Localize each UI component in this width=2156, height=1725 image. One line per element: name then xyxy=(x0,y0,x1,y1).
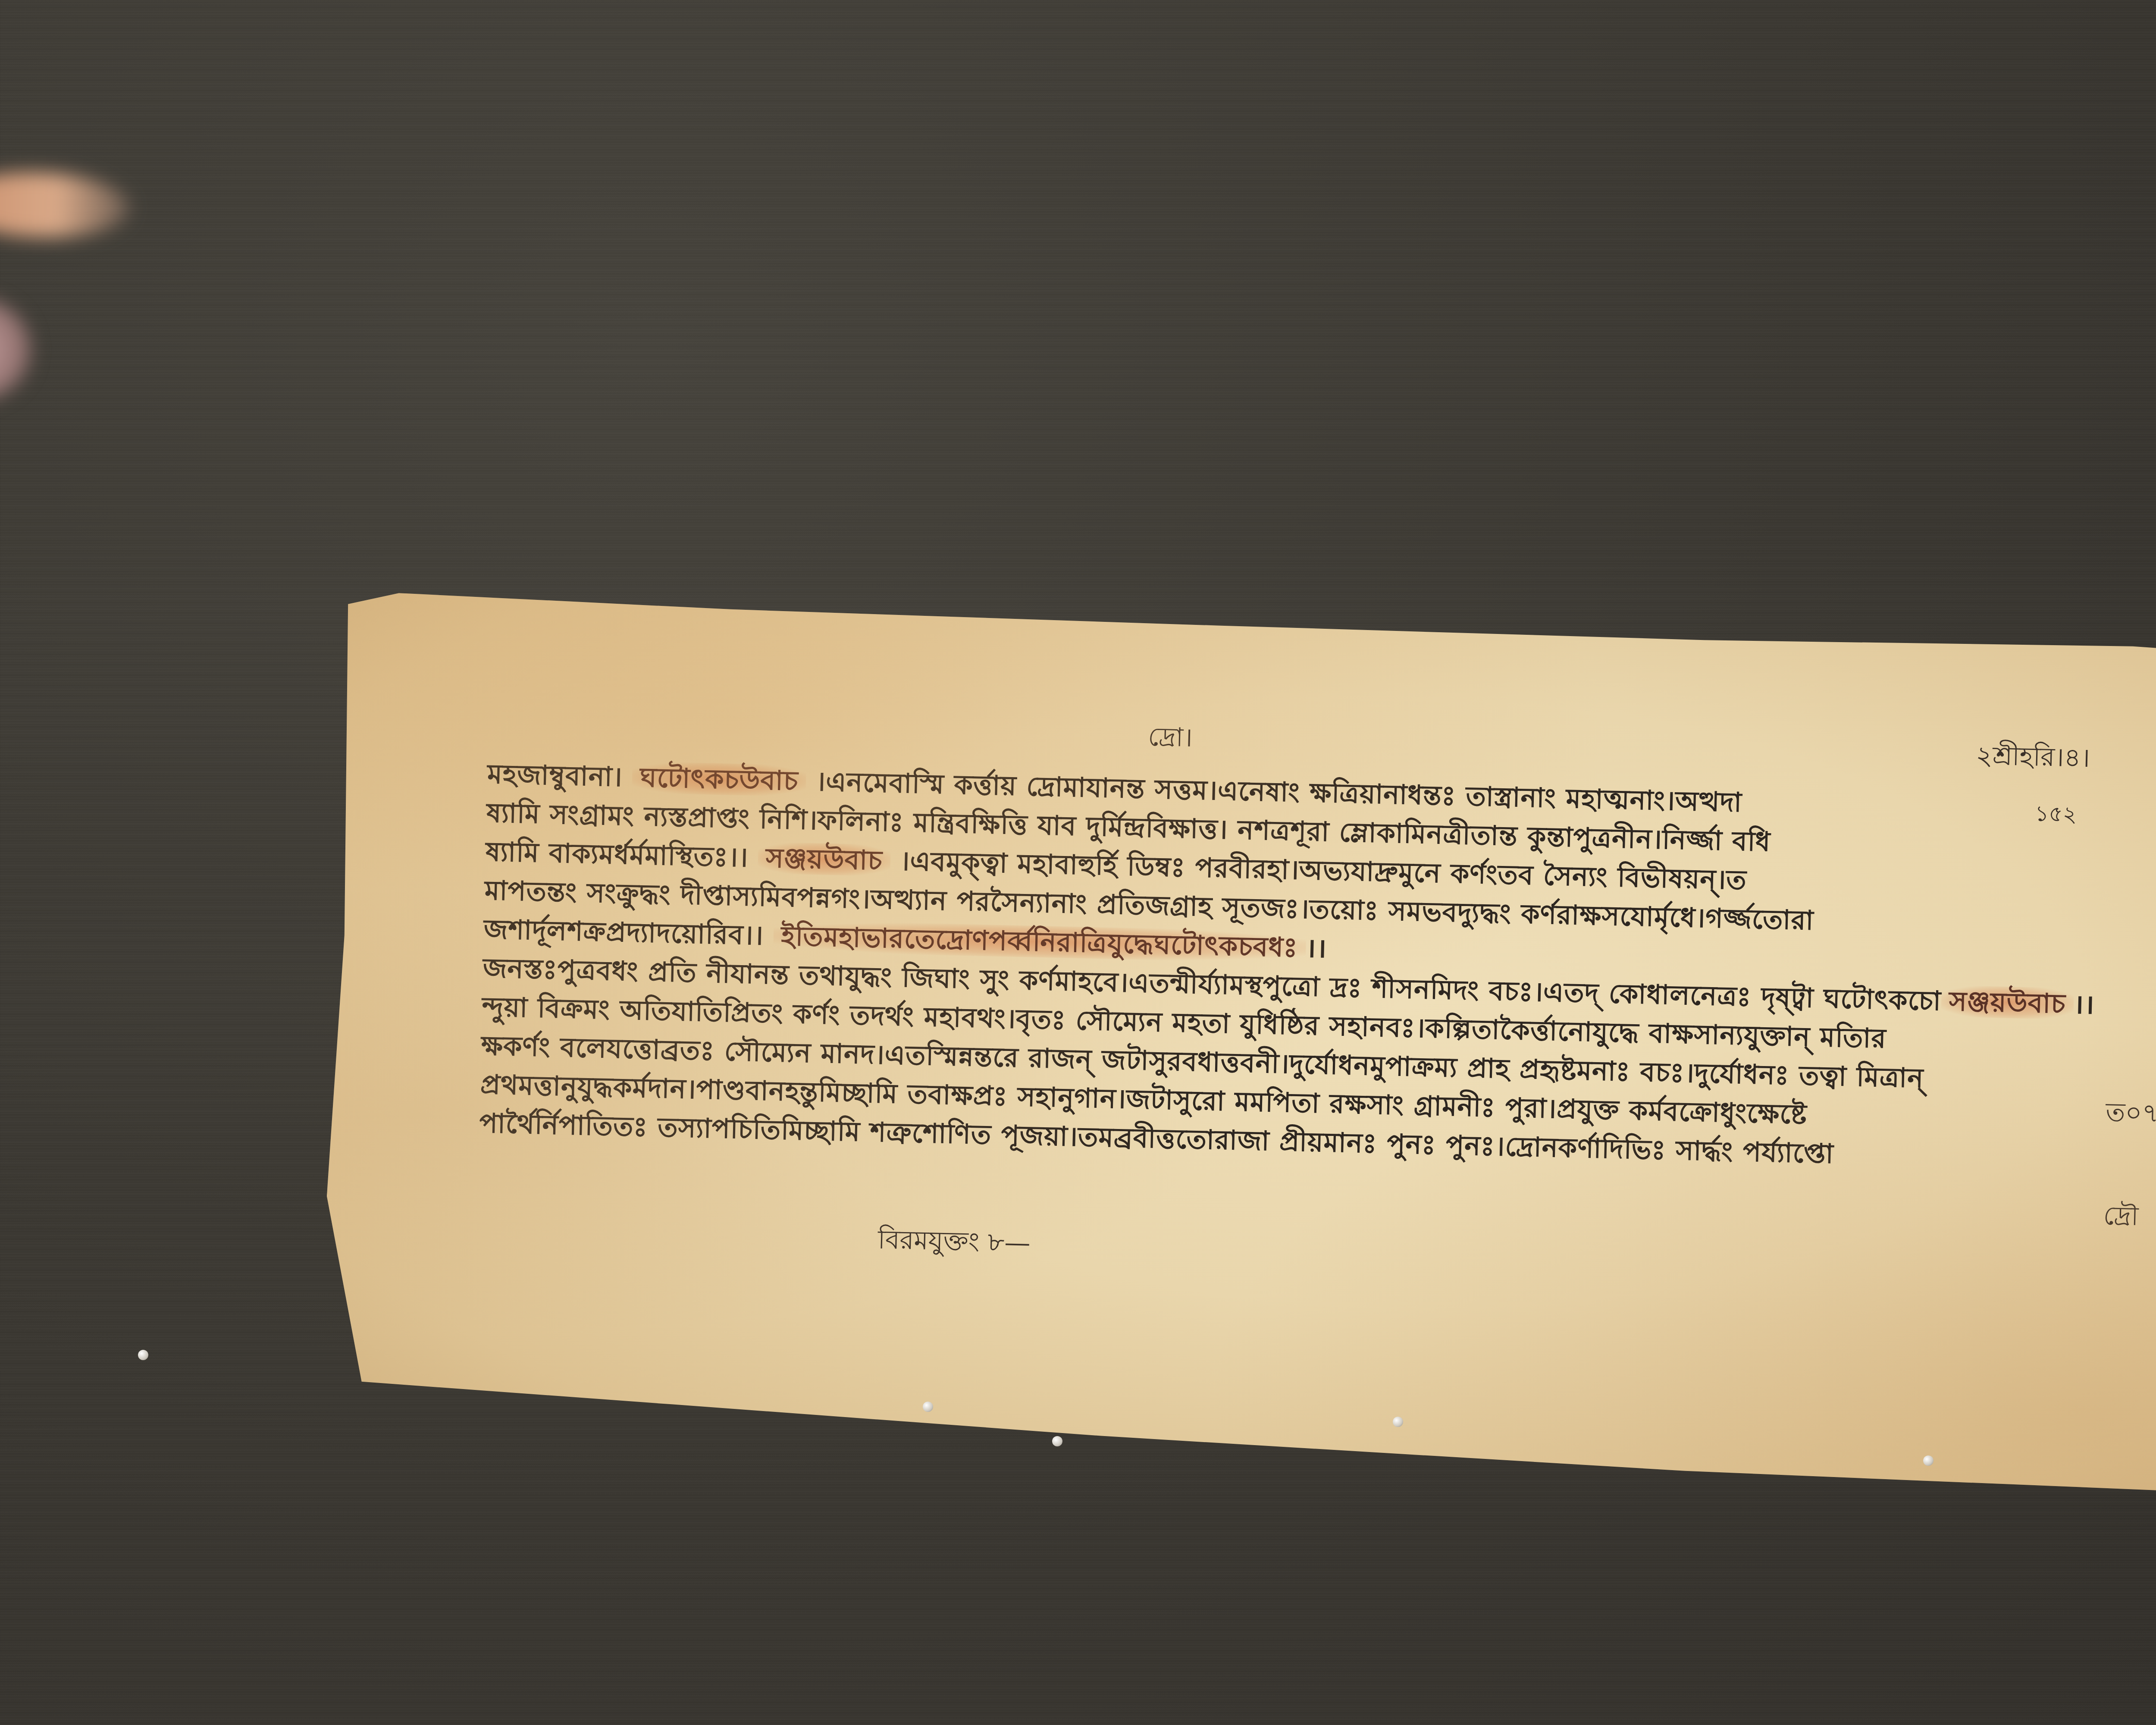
manuscript-leaf: দ্রো। ২শ্রীহরি।৪। ১৫২ ত০৭ দ্রৌ মহজাম্বুব… xyxy=(321,586,2156,1502)
pin xyxy=(923,1402,933,1412)
pin xyxy=(138,1350,148,1360)
margin-note-right-lower: দ্রৌ xyxy=(2103,1196,2139,1240)
pin xyxy=(1393,1417,1403,1427)
blurred-finger xyxy=(0,169,130,241)
folio-mark-top-center: দ্রো। xyxy=(1147,717,1193,761)
rubric: সঞ্জয়উবাচ xyxy=(758,842,890,876)
folio-mark-top-right: ২শ্রীহরি।৪। xyxy=(1975,736,2090,781)
footer-note: বিরমযুক্তং ৮— xyxy=(877,1220,1031,1267)
rubric: সঞ্জয়উবাচ xyxy=(1941,985,2074,1019)
pin xyxy=(1052,1436,1062,1446)
blurred-fingertip xyxy=(0,298,30,401)
folio-number: ত০৭ xyxy=(2105,1092,2156,1137)
pin xyxy=(1923,1455,1934,1466)
margin-note-right-mid: ১৫২ xyxy=(2034,797,2077,834)
rubric: ঘটোৎকচউবাচ xyxy=(632,761,807,797)
